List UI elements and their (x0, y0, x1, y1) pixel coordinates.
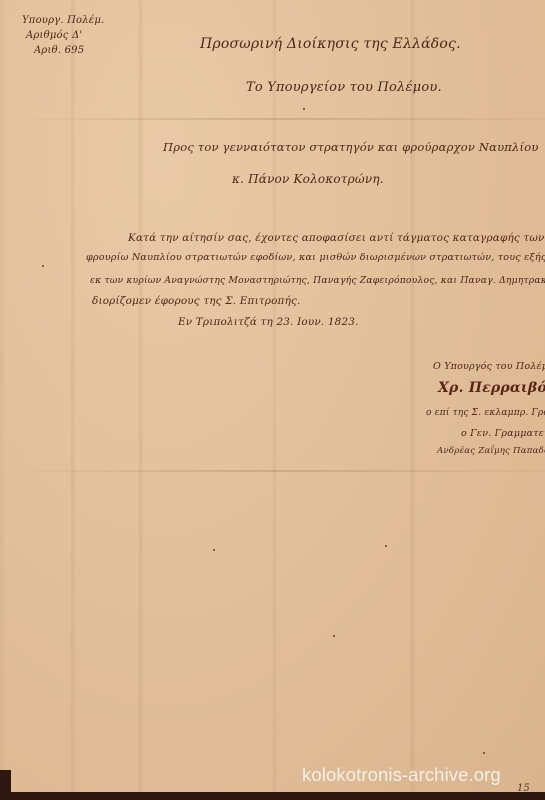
ink-speck (483, 752, 485, 754)
document-page: Υπουργ. Πολέμ. Αριθμός Δ' Αριθ. 695 Προσ… (0, 0, 545, 792)
paper-fold-line (0, 118, 545, 120)
archive-reference-line: Υπουργ. Πολέμ. (22, 14, 104, 28)
ink-speck (385, 545, 387, 547)
signature-line: ο επί της Σ. εκλαμπρ. Γραμμ. (426, 408, 545, 418)
watermark: kolokotronis-archive.org (302, 764, 501, 786)
ink-speck (333, 635, 335, 637)
heading-ministry-of-war: Το Υπουργείον του Πολέμου. (246, 80, 442, 95)
torn-corner (0, 770, 11, 794)
ink-speck (213, 549, 215, 551)
archive-reference-line: Αριθ. 695 (34, 44, 84, 58)
body-line: εκ των κυρίων Αναγνώστης Μοναστηριώτης, … (90, 275, 545, 286)
signature-line: Ανδρέας Ζαΐμης Παπαδόπουλος (437, 446, 545, 456)
signature-name: Χρ. Περραιβός. (438, 380, 545, 396)
date-line: Εν Τριπολιτζά τη 23. Ιουν. 1823. (178, 316, 359, 328)
ink-speck (303, 108, 305, 110)
body-line: διορίζομεν έφορους της Σ. Επιτροπής. (92, 295, 301, 307)
scan-background-edge (0, 792, 545, 800)
body-line: Κατά την αίτησίν σας, έχοντες αποφασίσει… (128, 232, 545, 244)
ink-speck (42, 265, 44, 267)
body-line: φρουρίω Ναυπλίου στρατιωτών εφοδίων, και… (86, 252, 545, 263)
signature-title: Ο Υπουργός του Πολέμου (433, 361, 545, 372)
heading-provisional-administration: Προσωρινή Διοίκησις της Ελλάδος. (200, 36, 461, 52)
addressee-title: Προς τον γενναιότατον στρατηγόν και φρού… (163, 140, 539, 154)
paper-fold-line (0, 470, 545, 472)
addressee-name: κ. Πάνον Κολοκοτρώνη. (232, 172, 384, 186)
signature-line: ο Γεν. Γραμματεύς (461, 428, 545, 439)
archive-reference-line: Αριθμός Δ' (26, 29, 82, 43)
